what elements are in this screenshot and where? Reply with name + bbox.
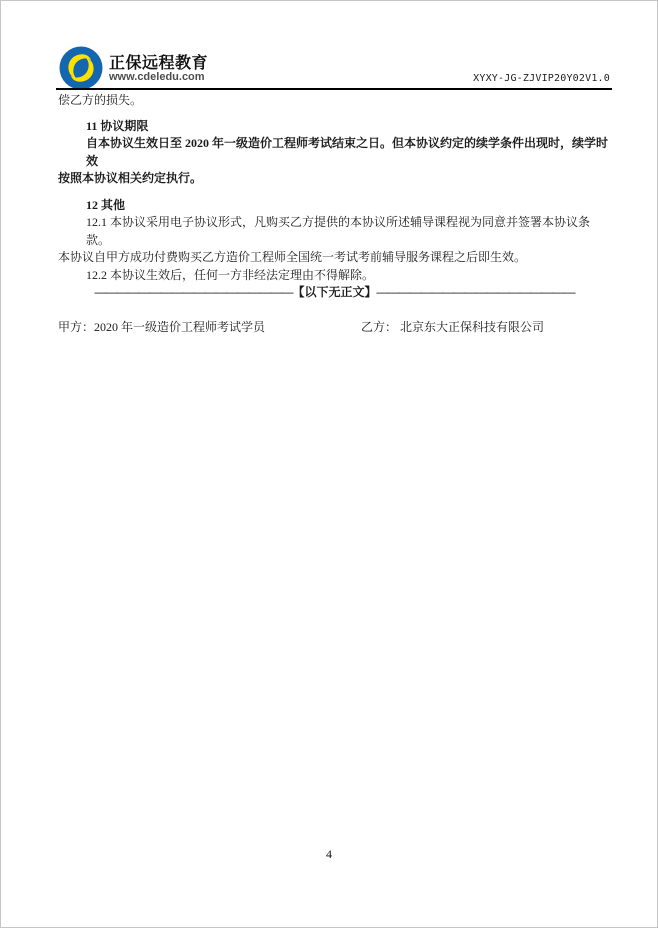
section-12-heading: 12 其他: [58, 197, 611, 215]
document-code: XYXY-JG-ZJVIP20Y02V1.0: [473, 73, 610, 84]
contract-body: 偿乙方的损失。 11 协议期限 自本协议生效日至 2020 年一级造价工程师考试…: [58, 92, 611, 337]
divider-dashes-left: ——————————————————: [94, 285, 292, 299]
brand-logo-icon: [59, 46, 103, 90]
clause-12-1-line2: 本协议自甲方成功付费购买乙方造价工程师全国统一考试考前辅导服务课程之后即生效。: [58, 249, 611, 267]
party-b-signature: 乙方： 北京东大正保科技有限公司: [361, 319, 544, 337]
clause-12-2: 12.2 本协议生效后，任何一方非经法定理由不得解除。: [58, 267, 611, 285]
carryover-text: 偿乙方的损失。: [58, 92, 611, 110]
section-11-heading: 11 协议期限: [58, 118, 611, 136]
clause-12-1-line1: 12.1 本协议采用电子协议形式，凡购买乙方提供的本协议所述辅导课程视为同意并签…: [58, 214, 611, 249]
brand-name: 正保远程教育: [109, 50, 208, 73]
page-number: 4: [1, 847, 657, 862]
divider-dashes-right: ——————————————————: [377, 285, 575, 299]
section-11-paragraph-line1: 自本协议生效日至 2020 年一级造价工程师考试结束之日。但本协议约定的续学条件…: [58, 135, 611, 170]
divider-label: 【以下无正文】: [292, 285, 376, 299]
contract-document-page: 正保远程教育 www.cdeledu.com XYXY-JG-ZJVIP20Y0…: [0, 0, 658, 928]
no-more-text-divider: ——————————————————【以下无正文】———————————————…: [58, 284, 611, 302]
website-url: www.cdeledu.com: [109, 71, 205, 83]
section-11-paragraph-line2: 按照本协议相关约定执行。: [58, 170, 611, 188]
signature-row: 甲方：2020 年一级造价工程师考试学员 乙方： 北京东大正保科技有限公司: [58, 319, 611, 337]
party-a-signature: 甲方：2020 年一级造价工程师考试学员: [58, 319, 265, 337]
header-divider-line: [56, 88, 612, 90]
